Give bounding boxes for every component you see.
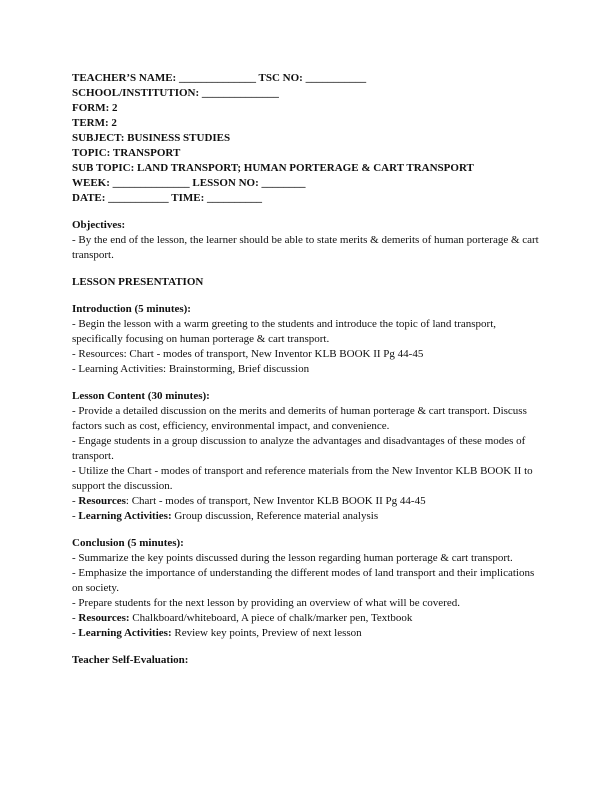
subject-line: SUBJECT: BUSINESS STUDIES xyxy=(72,131,542,146)
activities-line: - Learning Activities: Group discussion,… xyxy=(72,509,542,524)
date-line: DATE: ___________ TIME: __________ xyxy=(72,191,542,206)
resources-line: - Resources: Chalkboard/whiteboard, A pi… xyxy=(72,611,542,626)
time-label: TIME: xyxy=(171,192,204,204)
resources-line: - Resources: Chart - modes of transport,… xyxy=(72,494,542,509)
teacher-name-line: TEACHER’S NAME: ______________ TSC NO: _… xyxy=(72,71,542,86)
activities-text: Review key points, Preview of next lesso… xyxy=(172,627,362,639)
school-label: SCHOOL/INSTITUTION: xyxy=(72,87,199,99)
resources-text: Chalkboard/whiteboard, A piece of chalk/… xyxy=(130,612,413,624)
introduction-heading: Introduction (5 minutes): xyxy=(72,302,542,317)
activities-label: Learning Activities: xyxy=(78,627,171,639)
conclusion-heading: Conclusion (5 minutes): xyxy=(72,536,542,551)
lesson-no-label: LESSON NO: xyxy=(192,177,258,189)
week-blank: ______________ xyxy=(113,177,190,189)
introduction-section: Introduction (5 minutes): - Begin the le… xyxy=(72,302,542,377)
week-line: WEEK: ______________ LESSON NO: ________ xyxy=(72,176,542,191)
time-blank: __________ xyxy=(207,192,262,204)
school-line: SCHOOL/INSTITUTION: ______________ xyxy=(72,86,542,101)
list-item: - Provide a detailed discussion on the m… xyxy=(72,404,542,434)
activities-label: Learning Activities: xyxy=(78,510,171,522)
list-item: - Learning Activities: Brainstorming, Br… xyxy=(72,362,542,377)
sub-topic-line: SUB TOPIC: LAND TRANSPORT; HUMAN PORTERA… xyxy=(72,161,542,176)
activities-line: - Learning Activities: Review key points… xyxy=(72,626,542,641)
tsc-no-label: TSC NO: xyxy=(259,72,303,84)
week-label: WEEK: xyxy=(72,177,110,189)
lesson-presentation-section: LESSON PRESENTATION xyxy=(72,275,542,290)
teacher-name-blank: ______________ xyxy=(179,72,256,84)
list-item: - Emphasize the importance of understand… xyxy=(72,566,542,596)
resources-label: Resources: xyxy=(78,612,129,624)
tsc-no-blank: ___________ xyxy=(306,72,367,84)
topic-line: TOPIC: TRANSPORT xyxy=(72,146,542,161)
list-item: - Begin the lesson with a warm greeting … xyxy=(72,317,542,347)
lesson-plan-page: TEACHER’S NAME: ______________ TSC NO: _… xyxy=(72,71,542,668)
self-evaluation-heading: Teacher Self-Evaluation: xyxy=(72,653,542,668)
list-item: - Resources: Chart - modes of transport,… xyxy=(72,347,542,362)
form-line: FORM: 2 xyxy=(72,101,542,116)
date-label: DATE: xyxy=(72,192,105,204)
list-item: - Engage students in a group discussion … xyxy=(72,434,542,464)
lesson-content-section: Lesson Content (30 minutes): - Provide a… xyxy=(72,389,542,524)
conclusion-section: Conclusion (5 minutes): - Summarize the … xyxy=(72,536,542,641)
objectives-text: - By the end of the lesson, the learner … xyxy=(72,233,542,263)
activities-text: Group discussion, Reference material ana… xyxy=(172,510,379,522)
objectives-section: Objectives: - By the end of the lesson, … xyxy=(72,218,542,263)
date-blank: ___________ xyxy=(108,192,169,204)
header-block: TEACHER’S NAME: ______________ TSC NO: _… xyxy=(72,71,542,206)
lesson-presentation-heading: LESSON PRESENTATION xyxy=(72,275,542,290)
objectives-heading: Objectives: xyxy=(72,218,542,233)
resources-text: : Chart - modes of transport, New Invent… xyxy=(126,495,426,507)
lesson-no-blank: ________ xyxy=(261,177,305,189)
lesson-content-heading: Lesson Content (30 minutes): xyxy=(72,389,542,404)
list-item: - Prepare students for the next lesson b… xyxy=(72,596,542,611)
list-item: - Summarize the key points discussed dur… xyxy=(72,551,542,566)
list-item: - Utilize the Chart - modes of transport… xyxy=(72,464,542,494)
school-blank: ______________ xyxy=(202,87,279,99)
teacher-name-label: TEACHER’S NAME: xyxy=(72,72,176,84)
resources-label: Resources xyxy=(78,495,125,507)
self-evaluation-section: Teacher Self-Evaluation: xyxy=(72,653,542,668)
term-line: TERM: 2 xyxy=(72,116,542,131)
